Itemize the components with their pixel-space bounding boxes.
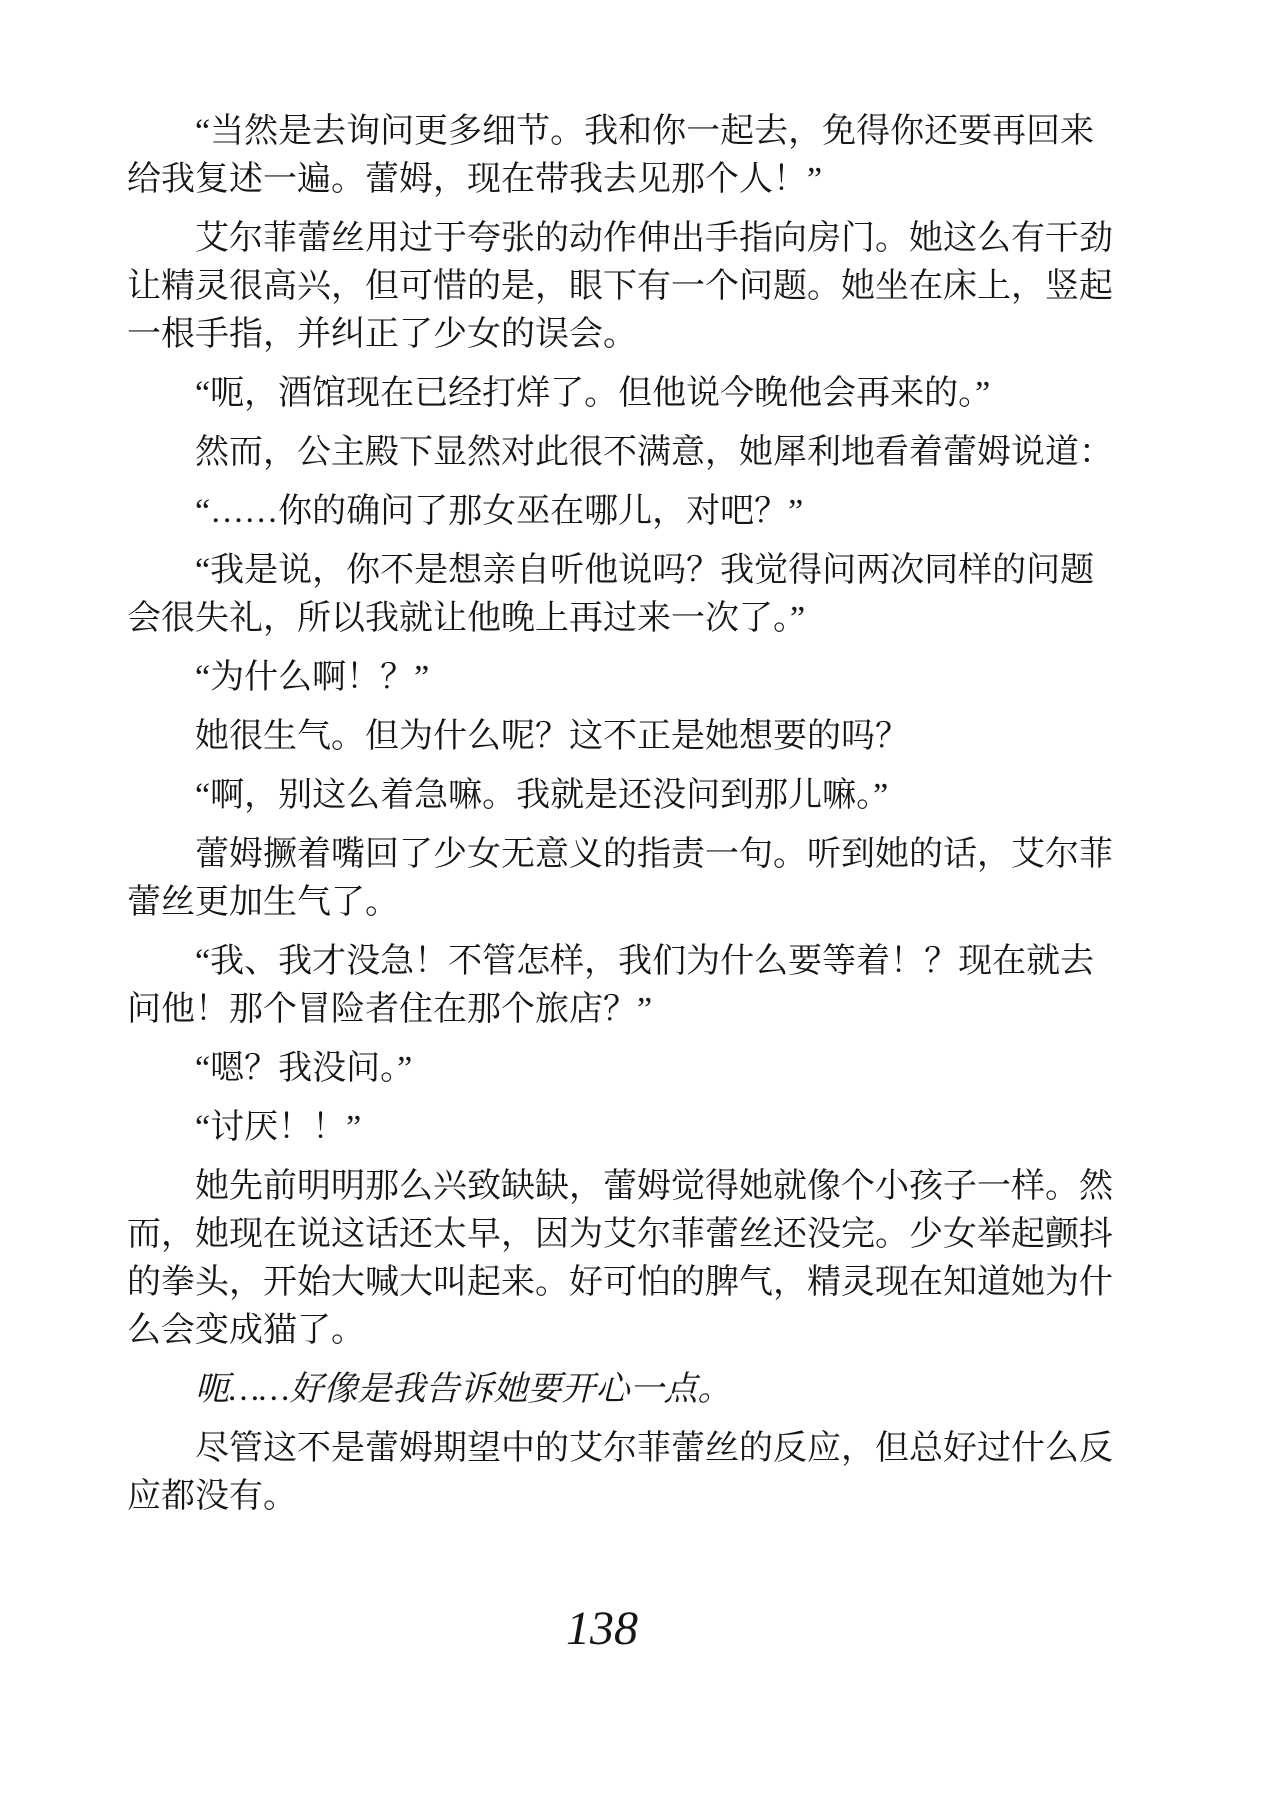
paragraph-15-inner-monologue: 呃……好像是我告诉她要开心一点。 <box>127 1366 1117 1414</box>
paragraph-16: 尽管这不是蕾姆期望中的艾尔菲蕾丝的反应，但总好过什么反 应都没有。 <box>127 1425 1117 1521</box>
paragraph-8: 她很生气。但为什么呢？这不正是她想要的吗？ <box>127 713 1117 761</box>
paragraph-9: “啊，别这么着急嘛。我就是还没问到那儿嘛。” <box>127 772 1117 820</box>
paragraph-4: 然而，公主殿下显然对此很不满意，她犀利地看着蕾姆说道： <box>127 429 1117 477</box>
paragraph-5: “……你的确问了那女巫在哪儿，对吧？” <box>127 488 1117 536</box>
paragraph-7: “为什么啊！？” <box>127 654 1117 702</box>
paragraph-3: “呃，酒馆现在已经打烊了。但他说今晚他会再来的。” <box>127 370 1117 418</box>
paragraph-2: 艾尔菲蕾丝用过于夸张的动作伸出手指向房门。她这么有干劲 让精灵很高兴，但可惜的是… <box>127 215 1117 359</box>
body-text: “当然是去询问更多细节。我和你一起去，免得你还要再回来 给我复述一遍。蕾姆，现在… <box>127 108 1117 1532</box>
paragraph-13: “讨厌！！” <box>127 1104 1117 1152</box>
paragraph-6: “我是说，你不是想亲自听他说吗？我觉得问两次同样的问题 会很失礼，所以我就让他晚… <box>127 547 1117 643</box>
paragraph-10: 蕾姆撅着嘴回了少女无意义的指责一句。听到她的话，艾尔菲 蕾丝更加生气了。 <box>127 831 1117 927</box>
paragraph-11: “我、我才没急！不管怎样，我们为什么要等着！？现在就去 问他！那个冒险者住在那个… <box>127 938 1117 1034</box>
page-number: 138 <box>107 1600 1097 1658</box>
document-page: “当然是去询问更多细节。我和你一起去，免得你还要再回来 给我复述一遍。蕾姆，现在… <box>0 0 1280 1816</box>
paragraph-14: 她先前明明那么兴致缺缺，蕾姆觉得她就像个小孩子一样。然 而，她现在说这话还太早，… <box>127 1163 1117 1355</box>
paragraph-1: “当然是去询问更多细节。我和你一起去，免得你还要再回来 给我复述一遍。蕾姆，现在… <box>127 108 1117 204</box>
paragraph-12: “嗯？我没问。” <box>127 1045 1117 1093</box>
